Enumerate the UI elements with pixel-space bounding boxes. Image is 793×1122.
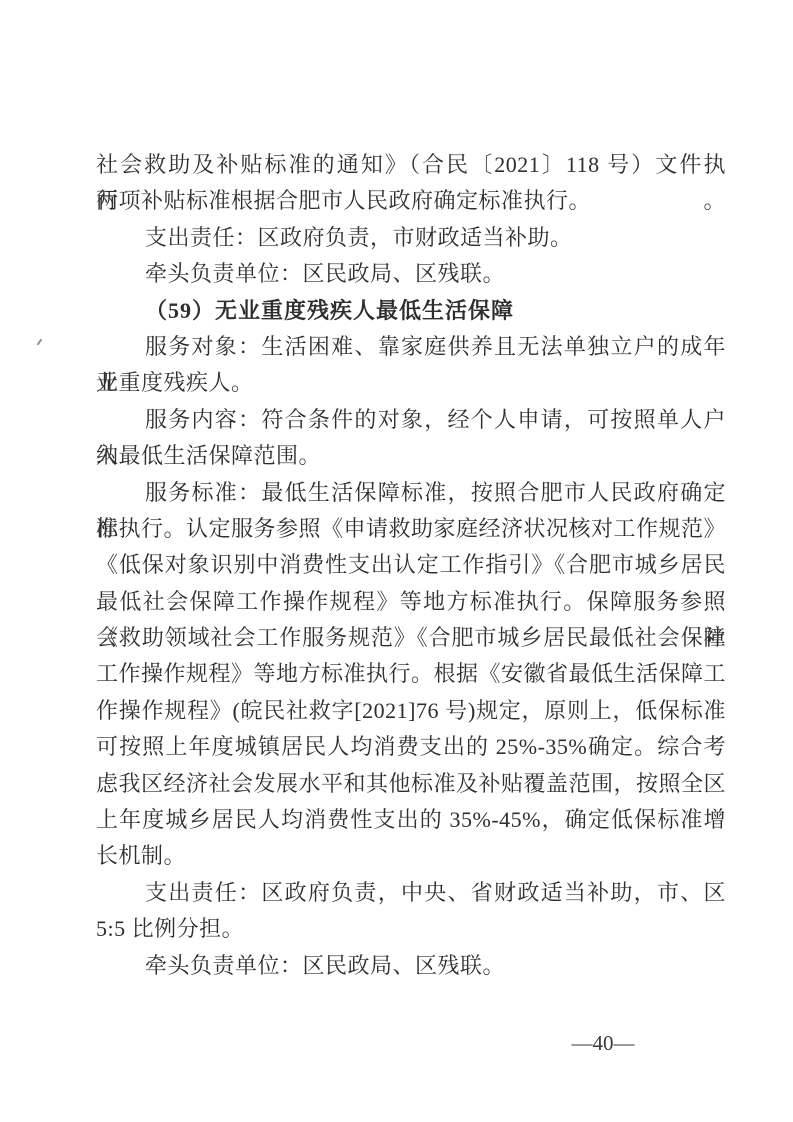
page-number: —40— xyxy=(555,1031,651,1056)
expenditure-responsibility-line: 支出责任：区政府负责，市财政适当补助。 xyxy=(96,220,726,256)
service-target-line: 业重度残疾人。 xyxy=(96,365,726,401)
service-standard-line: 会救助领域社会工作服务规范》《合肥市城乡居民最低社会保障 xyxy=(96,620,726,656)
service-standard-line: 上年度城乡居民人均消费性支出的 35%-45%，确定低保标准增 xyxy=(96,802,726,838)
service-standard-line: 作操作规程》(皖民社救字[2021]76 号)规定，原则上，低保标准 xyxy=(96,693,726,729)
lead-unit-line: 牵头负责单位：区民政局、区残联。 xyxy=(96,948,726,984)
service-standard-line: 长机制。 xyxy=(96,838,726,874)
item-59-heading: （59）无业重度残疾人最低生活保障 xyxy=(96,293,726,329)
text-line: 社会救助及补贴标准的通知》（合民〔2021〕118 号）文件执行。 xyxy=(96,147,726,183)
service-content-line: 入最低生活保障范围。 xyxy=(96,438,726,474)
service-standard-line: 最低社会保障工作操作规程》等地方标准执行。保障服务参照《社 xyxy=(96,584,726,620)
service-standard-line: 《低保对象识别中消费性支出认定工作指引》《合肥市城乡居民 xyxy=(96,547,726,583)
service-standard-line: 准执行。认定服务参照《申请救助家庭经济状况核对工作规范》 xyxy=(96,511,726,547)
service-standard-line: 虑我区经济社会发展水平和其他标准及补贴覆盖范围，按照全区 xyxy=(96,766,726,802)
expenditure-responsibility-line: 5:5 比例分担。 xyxy=(96,911,726,947)
lead-unit-line: 牵头负责单位：区民政局、区残联。 xyxy=(96,256,726,292)
expenditure-responsibility-line: 支出责任：区政府负责，中央、省财政适当补助，市、区 xyxy=(96,875,726,911)
scan-speck xyxy=(37,339,43,346)
service-standard-line: 工作操作规程》等地方标准执行。根据《安徽省最低生活保障工 xyxy=(96,656,726,692)
document-page: 社会救助及补贴标准的通知》（合民〔2021〕118 号）文件执行。 两项补贴标准… xyxy=(0,0,793,1122)
service-content-line: 服务内容：符合条件的对象，经个人申请，可按照单人户纳 xyxy=(96,402,726,438)
document-body: 社会救助及补贴标准的通知》（合民〔2021〕118 号）文件执行。 两项补贴标准… xyxy=(96,147,726,984)
service-standard-line: 服务标准：最低生活保障标准，按照合肥市人民政府确定标 xyxy=(96,475,726,511)
service-target-line: 服务对象：生活困难、靠家庭供养且无法单独立户的成年无 xyxy=(96,329,726,365)
service-standard-line: 可按照上年度城镇居民人均消费支出的 25%-35%确定。综合考 xyxy=(96,729,726,765)
